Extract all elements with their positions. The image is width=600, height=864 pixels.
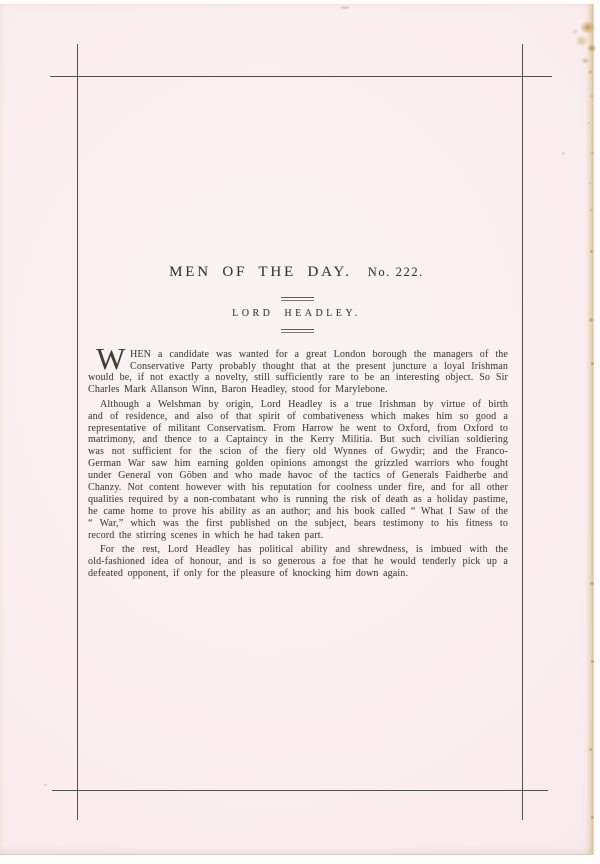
- dust-speck: [562, 152, 565, 155]
- double-rule-upper: [281, 297, 314, 301]
- text-line: Chanzy. Not content however with his rep…: [88, 482, 508, 494]
- lead-caps: HEN: [130, 349, 151, 360]
- foxing-speck: [591, 362, 594, 365]
- foxing-speck: [589, 748, 592, 751]
- drop-cap: W: [96, 343, 125, 374]
- frame-rule-top: [50, 76, 552, 77]
- foxing-speck: [591, 816, 594, 819]
- text-line: and of residence, and also of that spiri…: [88, 411, 508, 423]
- dust-speck: [340, 6, 350, 9]
- issue-number: No. 222.: [368, 265, 424, 279]
- double-rule-lower: [281, 329, 314, 333]
- text-line: For the rest, Lord Headley has political…: [88, 544, 508, 556]
- text-line: German War saw him earning golden opinio…: [88, 458, 508, 470]
- text-line: Charles Mark Allanson Winn, Baron Headle…: [88, 384, 508, 396]
- foxing-speck: [590, 250, 593, 253]
- text-line: HEN a candidate was wanted for a great L…: [88, 349, 508, 361]
- text-line: matrimony, and thence to a Captaincy in …: [88, 434, 508, 446]
- dust-speck: [44, 784, 47, 786]
- paper-sheet: MEN OF THE DAY.No. 222. LORD HEADLEY. WH…: [0, 4, 594, 855]
- frame-rule-left: [77, 44, 78, 820]
- paper-edge: [586, 4, 593, 854]
- paragraph: Although a Welshman by origin, Lord Head…: [88, 399, 508, 542]
- text-line: he came home to prove his ability as an …: [88, 506, 508, 518]
- paragraph: WHEN a candidate was wanted for a great …: [88, 349, 508, 397]
- text-line: old-fashioned idea of honour, and is so …: [88, 556, 508, 568]
- article-title: LORD HEADLEY.: [0, 308, 593, 319]
- text-line: under General von Göben and who made hav…: [88, 470, 508, 482]
- text-line: Conservative Party probably thought that…: [88, 361, 508, 373]
- text-line: defeated opponent, if only for the pleas…: [88, 568, 508, 580]
- frame-rule-right: [522, 44, 523, 820]
- paragraph: For the rest, Lord Headley has political…: [88, 544, 508, 580]
- text-line: record the stirring scenes in which he h…: [88, 530, 508, 542]
- text-line: representative of militant Conservatism.…: [88, 423, 508, 435]
- text-line: qualities required by a non-combatant wh…: [88, 494, 508, 506]
- text-line: would be, if not exactly a novelty, stil…: [88, 372, 508, 384]
- masthead: MEN OF THE DAY.No. 222.: [0, 262, 593, 282]
- article-body: WHEN a candidate was wanted for a great …: [88, 349, 508, 580]
- scanned-page: MEN OF THE DAY.No. 222. LORD HEADLEY. WH…: [0, 0, 600, 864]
- series-title: MEN OF THE DAY.: [169, 264, 352, 280]
- text-line: Although a Welshman by origin, Lord Head…: [88, 399, 508, 411]
- foxing-speck: [590, 582, 594, 585]
- text-line: “ War,” which was the first published on…: [88, 518, 508, 530]
- frame-rule-bottom: [52, 790, 548, 791]
- text-line: was not sufficient for the scion of the …: [88, 446, 508, 458]
- foxing-speck: [591, 660, 594, 663]
